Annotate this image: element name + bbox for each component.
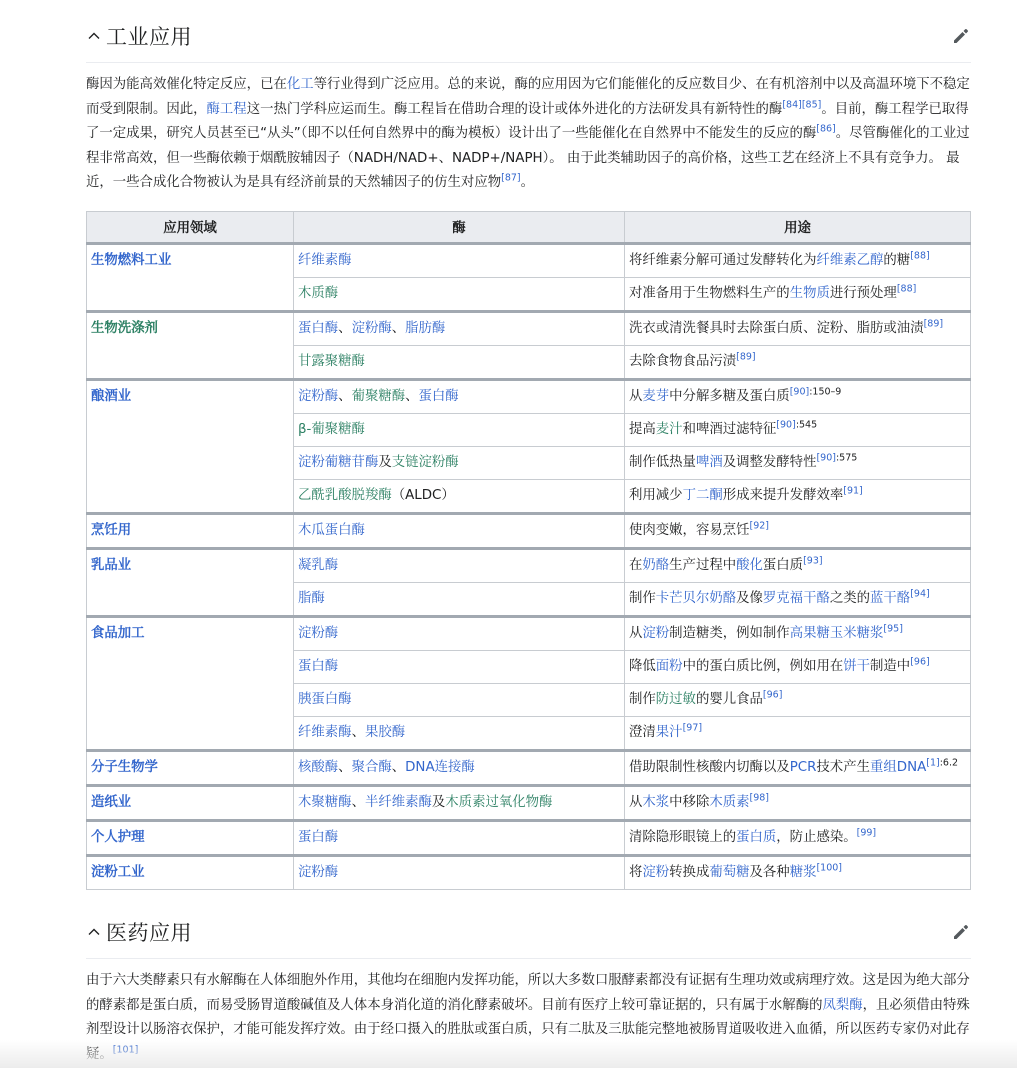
enzyme-cell: 蛋白酶 [294,820,625,855]
table-row: 生物燃料工业纤维素酶将纤维素分解可通过发酵转化为纤维素乙醇的糖[88] [87,243,971,277]
article-content: 工业应用 酶因为能高效催化特定反应，已在化工等行业得到广泛应用。总的来说，酶的应… [86,0,971,1067]
pencil-icon[interactable] [951,922,971,942]
citation-link[interactable]: [90] [816,453,836,464]
wiki-link[interactable]: 半纤维素酶 [365,795,432,810]
application-field-cell: 烹饪用 [87,513,294,548]
wiki-link[interactable]: 葡聚糖酶 [352,389,406,404]
wiki-link[interactable]: 木质素过氧化物酶 [445,795,552,810]
wiki-link[interactable]: PCR [790,760,817,775]
application-field-cell: 造纸业 [87,785,294,820]
application-field-cell: 酿酒业 [87,379,294,513]
use-cell: 利用减少丁二酮形成来提升发酵效率[91] [625,479,971,513]
enzyme-cell: 木瓜蛋白酶 [294,513,625,548]
citation-link[interactable]: [92] [750,521,770,532]
wiki-link[interactable]: 生物洗涤剂 [91,321,158,336]
wiki-link[interactable]: 凤梨酶 [822,998,862,1013]
enzyme-cell: 纤维素酶 [294,243,625,277]
wiki-link[interactable]: 分子生物学 [91,760,158,775]
wiki-link[interactable]: 麦芽 [642,389,669,404]
wiki-link[interactable]: 乙酰乳酸脱羧酶 [298,488,392,503]
use-cell: 将纤维素分解可通过发酵转化为纤维素乙醇的糖[88] [625,243,971,277]
page-number: :575 [836,453,857,464]
table-row: 乳品业凝乳酶在奶酪生产过程中酸化蛋白质[93] [87,548,971,582]
wiki-link[interactable]: 丁二酮 [683,488,723,503]
use-cell: 制作低热量啤酒及调整发酵特性[90]:575 [625,446,971,479]
industrial-paragraph: 酶因为能高效催化特定反应，已在化工等行业得到广泛应用。总的来说，酶的应用因为它们… [86,73,971,196]
use-cell: 从麦芽中分解多糖及蛋白质[90]:150–9 [625,379,971,413]
wiki-link[interactable]: 淀粉酶 [298,389,338,404]
citation-link[interactable]: [95] [883,624,903,635]
enzyme-cell: 木质酶 [294,277,625,311]
wiki-link[interactable]: 淀粉酶 [352,321,392,336]
wiki-link[interactable]: 化工 [287,77,314,92]
wiki-link[interactable]: 葡萄糖 [709,865,749,880]
table-row: 个人护理蛋白酶清除隐形眼镜上的蛋白质，防止感染。[99] [87,820,971,855]
use-cell: 制作防过敏的婴儿食品[96] [625,683,971,716]
citation-link[interactable]: [89] [736,352,756,363]
wiki-link[interactable]: 重组DNA [870,760,926,775]
wiki-link[interactable]: 胰蛋白酶 [298,692,352,707]
wiki-link[interactable]: 淀粉 [642,865,669,880]
use-cell: 降低面粉中的蛋白质比例，例如用在饼干制造中[96] [625,650,971,683]
enzyme-cell: 凝乳酶 [294,548,625,582]
table-row: 食品加工淀粉酶从淀粉制造糖类，例如制作高果糖玉米糖浆[95] [87,616,971,650]
wiki-link[interactable]: 罗克福干酪 [763,591,830,606]
wiki-link[interactable]: 卡芒贝尔奶酪 [656,591,736,606]
application-field-cell: 乳品业 [87,548,294,616]
wiki-link[interactable]: 食品加工 [91,626,145,641]
wiki-link[interactable]: 脂酶 [298,591,325,606]
citation-link[interactable]: [94] [910,589,930,600]
use-cell: 从淀粉制造糖类，例如制作高果糖玉米糖浆[95] [625,616,971,650]
wiki-link[interactable]: 造纸业 [91,795,131,810]
wiki-link[interactable]: 淀粉酶 [298,865,338,880]
wiki-link[interactable]: β-葡聚糖酶 [298,422,365,437]
wiki-link[interactable]: 酸化 [736,558,763,573]
wiki-link[interactable]: 饼干 [843,659,870,674]
enzyme-cell: 胰蛋白酶 [294,683,625,716]
bottom-fade [0,1040,1017,1068]
wiki-link[interactable]: 木浆 [642,795,669,810]
wiki-link[interactable]: 高果糖玉米糖浆 [790,626,884,641]
page-number: :6.2 [940,758,958,769]
wiki-link[interactable]: 果胶酶 [365,725,405,740]
enzyme-cell: 淀粉酶 [294,855,625,889]
citation-link[interactable]: [96] [763,690,783,701]
wiki-link[interactable]: 奶酪 [642,558,669,573]
page-number: :150–9 [809,387,841,398]
use-cell: 制作卡芒贝尔奶酪及像罗克福干酪之类的蓝干酪[94] [625,582,971,616]
wiki-link[interactable]: 脂肪酶 [405,321,445,336]
wiki-link[interactable]: 核酸酶 [298,760,338,775]
wiki-link[interactable]: 凝乳酶 [298,558,338,573]
citation-link[interactable]: [1] [926,758,939,769]
application-field-cell: 淀粉工业 [87,855,294,889]
use-cell: 借助限制性核酸内切酶以及PCR技术产生重组DNA[1]:6.2 [625,750,971,785]
wiki-link[interactable]: 纤维素酶 [298,725,352,740]
wiki-link[interactable]: 生物质 [790,286,830,301]
enzyme-cell: 淀粉酶、葡聚糖酶、蛋白酶 [294,379,625,413]
column-header: 用途 [625,211,971,243]
wiki-link[interactable]: 麦汁 [656,422,683,437]
citation-link[interactable]: [93] [803,556,823,567]
enzyme-cell: 纤维素酶、果胶酶 [294,716,625,750]
citation-link[interactable]: [87] [501,173,521,184]
wiki-link[interactable]: 甘露聚糖酶 [298,354,365,369]
wiki-link[interactable]: 酶工程 [207,102,247,117]
page-number: :545 [796,420,817,431]
wiki-link[interactable]: 蛋白酶 [298,321,338,336]
citation-link[interactable]: [91] [843,486,863,497]
citation-link[interactable]: [89] [924,319,944,330]
enzyme-cell: 淀粉葡糖苷酶及支链淀粉酶 [294,446,625,479]
use-cell: 将淀粉转换成葡萄糖及各种糖浆[100] [625,855,971,889]
wiki-link[interactable]: 木质素 [709,795,749,810]
application-field-cell: 生物燃料工业 [87,243,294,311]
column-header: 应用领域 [87,211,294,243]
wiki-link[interactable]: 酿酒业 [91,389,131,404]
wiki-link[interactable]: 防过敏 [656,692,696,707]
wiki-link[interactable]: 蛋白酶 [298,659,338,674]
application-field-cell: 食品加工 [87,616,294,750]
wiki-link[interactable]: 淀粉酶 [298,626,338,641]
section-header-industrial: 工业应用 [86,10,971,63]
wiki-link[interactable]: 淀粉工业 [91,865,145,880]
wiki-link[interactable]: 蛋白酶 [298,830,338,845]
table-row: 生物洗涤剂蛋白酶、淀粉酶、脂肪酶洗衣或清洗餐具时去除蛋白质、淀粉、脂肪或油渍[8… [87,311,971,345]
wiki-link[interactable]: 纤维素酶 [298,253,352,268]
wiki-link[interactable]: 蛋白质 [736,830,776,845]
wiki-link[interactable]: 个人护理 [91,830,145,845]
citation-link[interactable]: [99] [857,828,877,839]
wiki-link[interactable]: 木质酶 [298,286,338,301]
wiki-link[interactable]: 蛋白酶 [419,389,459,404]
table-row: 分子生物学核酸酶、聚合酶、DNA连接酶借助限制性核酸内切酶以及PCR技术产生重组… [87,750,971,785]
wiki-link[interactable]: 烹饪用 [91,523,131,538]
citation-link[interactable]: [85] [802,99,822,110]
table-row: 烹饪用木瓜蛋白酶使肉变嫩，容易烹饪[92] [87,513,971,548]
enzyme-applications-table: 应用领域 酶 用途 生物燃料工业纤维素酶将纤维素分解可通过发酵转化为纤维素乙醇的… [86,211,971,890]
enzyme-cell: 甘露聚糖酶 [294,345,625,379]
wiki-link[interactable]: 支链淀粉酶 [392,455,459,470]
use-cell: 澄清果汁[97] [625,716,971,750]
section-header-medical: 医药应用 [86,906,971,959]
enzyme-cell: 核酸酶、聚合酶、DNA连接酶 [294,750,625,785]
citation-link[interactable]: [98] [750,793,770,804]
use-cell: 从木浆中移除木质素[98] [625,785,971,820]
wiki-link[interactable]: 木瓜蛋白酶 [298,523,365,538]
citation-link[interactable]: [96] [910,657,930,668]
column-header: 酶 [294,211,625,243]
enzyme-cell: β-葡聚糖酶 [294,413,625,446]
wiki-link[interactable]: 蓝干酪 [870,591,910,606]
use-cell: 对准备用于生物燃料生产的生物质进行预处理[88] [625,277,971,311]
wiki-link[interactable]: 生物燃料工业 [91,253,171,268]
application-field-cell: 生物洗涤剂 [87,311,294,379]
enzyme-cell: 蛋白酶、淀粉酶、脂肪酶 [294,311,625,345]
chevron-up-icon[interactable] [86,28,102,44]
citation-link[interactable]: [88] [910,251,930,262]
wiki-link[interactable]: 聚合酶 [352,760,392,775]
use-cell: 提高麦汁和啤酒过滤特征[90]:545 [625,413,971,446]
table-row: 酿酒业淀粉酶、葡聚糖酶、蛋白酶从麦芽中分解多糖及蛋白质[90]:150–9 [87,379,971,413]
wiki-link[interactable]: 纤维素乙醇 [816,253,883,268]
citation-link[interactable]: [86] [816,124,836,135]
citation-link[interactable]: [97] [683,723,703,734]
enzyme-cell: 蛋白酶 [294,650,625,683]
table-row: 淀粉工业淀粉酶将淀粉转换成葡萄糖及各种糖浆[100] [87,855,971,889]
section-title: 医药应用 [106,917,192,947]
use-cell: 使肉变嫩，容易烹饪[92] [625,513,971,548]
citation-link[interactable]: [90] [790,387,810,398]
wiki-link[interactable]: 面粉 [656,659,683,674]
section-title: 工业应用 [106,21,192,51]
wiki-link[interactable]: 淀粉葡糖苷酶 [298,455,378,470]
citation-link[interactable]: [90] [776,420,796,431]
wiki-link[interactable]: 乳品业 [91,558,131,573]
wiki-link[interactable]: 啤酒 [696,455,723,470]
use-cell: 清除隐形眼镜上的蛋白质，防止感染。[99] [625,820,971,855]
enzyme-cell: 木聚糖酶、半纤维素酶及木质素过氧化物酶 [294,785,625,820]
wiki-link[interactable]: 淀粉 [642,626,669,641]
citation-link[interactable]: [84] [782,99,802,110]
enzyme-cell: 乙酰乳酸脱羧酶（ALDC） [294,479,625,513]
wiki-link[interactable]: 果汁 [656,725,683,740]
wiki-link[interactable]: 糖浆 [790,865,817,880]
use-cell: 在奶酪生产过程中酸化蛋白质[93] [625,548,971,582]
use-cell: 去除食物食品污渍[89] [625,345,971,379]
table-row: 造纸业木聚糖酶、半纤维素酶及木质素过氧化物酶从木浆中移除木质素[98] [87,785,971,820]
chevron-up-icon[interactable] [86,924,102,940]
citation-link[interactable]: [100] [816,863,842,874]
application-field-cell: 分子生物学 [87,750,294,785]
application-field-cell: 个人护理 [87,820,294,855]
enzyme-cell: 淀粉酶 [294,616,625,650]
pencil-icon[interactable] [951,26,971,46]
use-cell: 洗衣或清洗餐具时去除蛋白质、淀粉、脂肪或油渍[89] [625,311,971,345]
wiki-link[interactable]: 木聚糖酶 [298,795,352,810]
enzyme-cell: 脂酶 [294,582,625,616]
wiki-link[interactable]: DNA连接酶 [405,760,475,775]
citation-link[interactable]: [88] [897,284,917,295]
